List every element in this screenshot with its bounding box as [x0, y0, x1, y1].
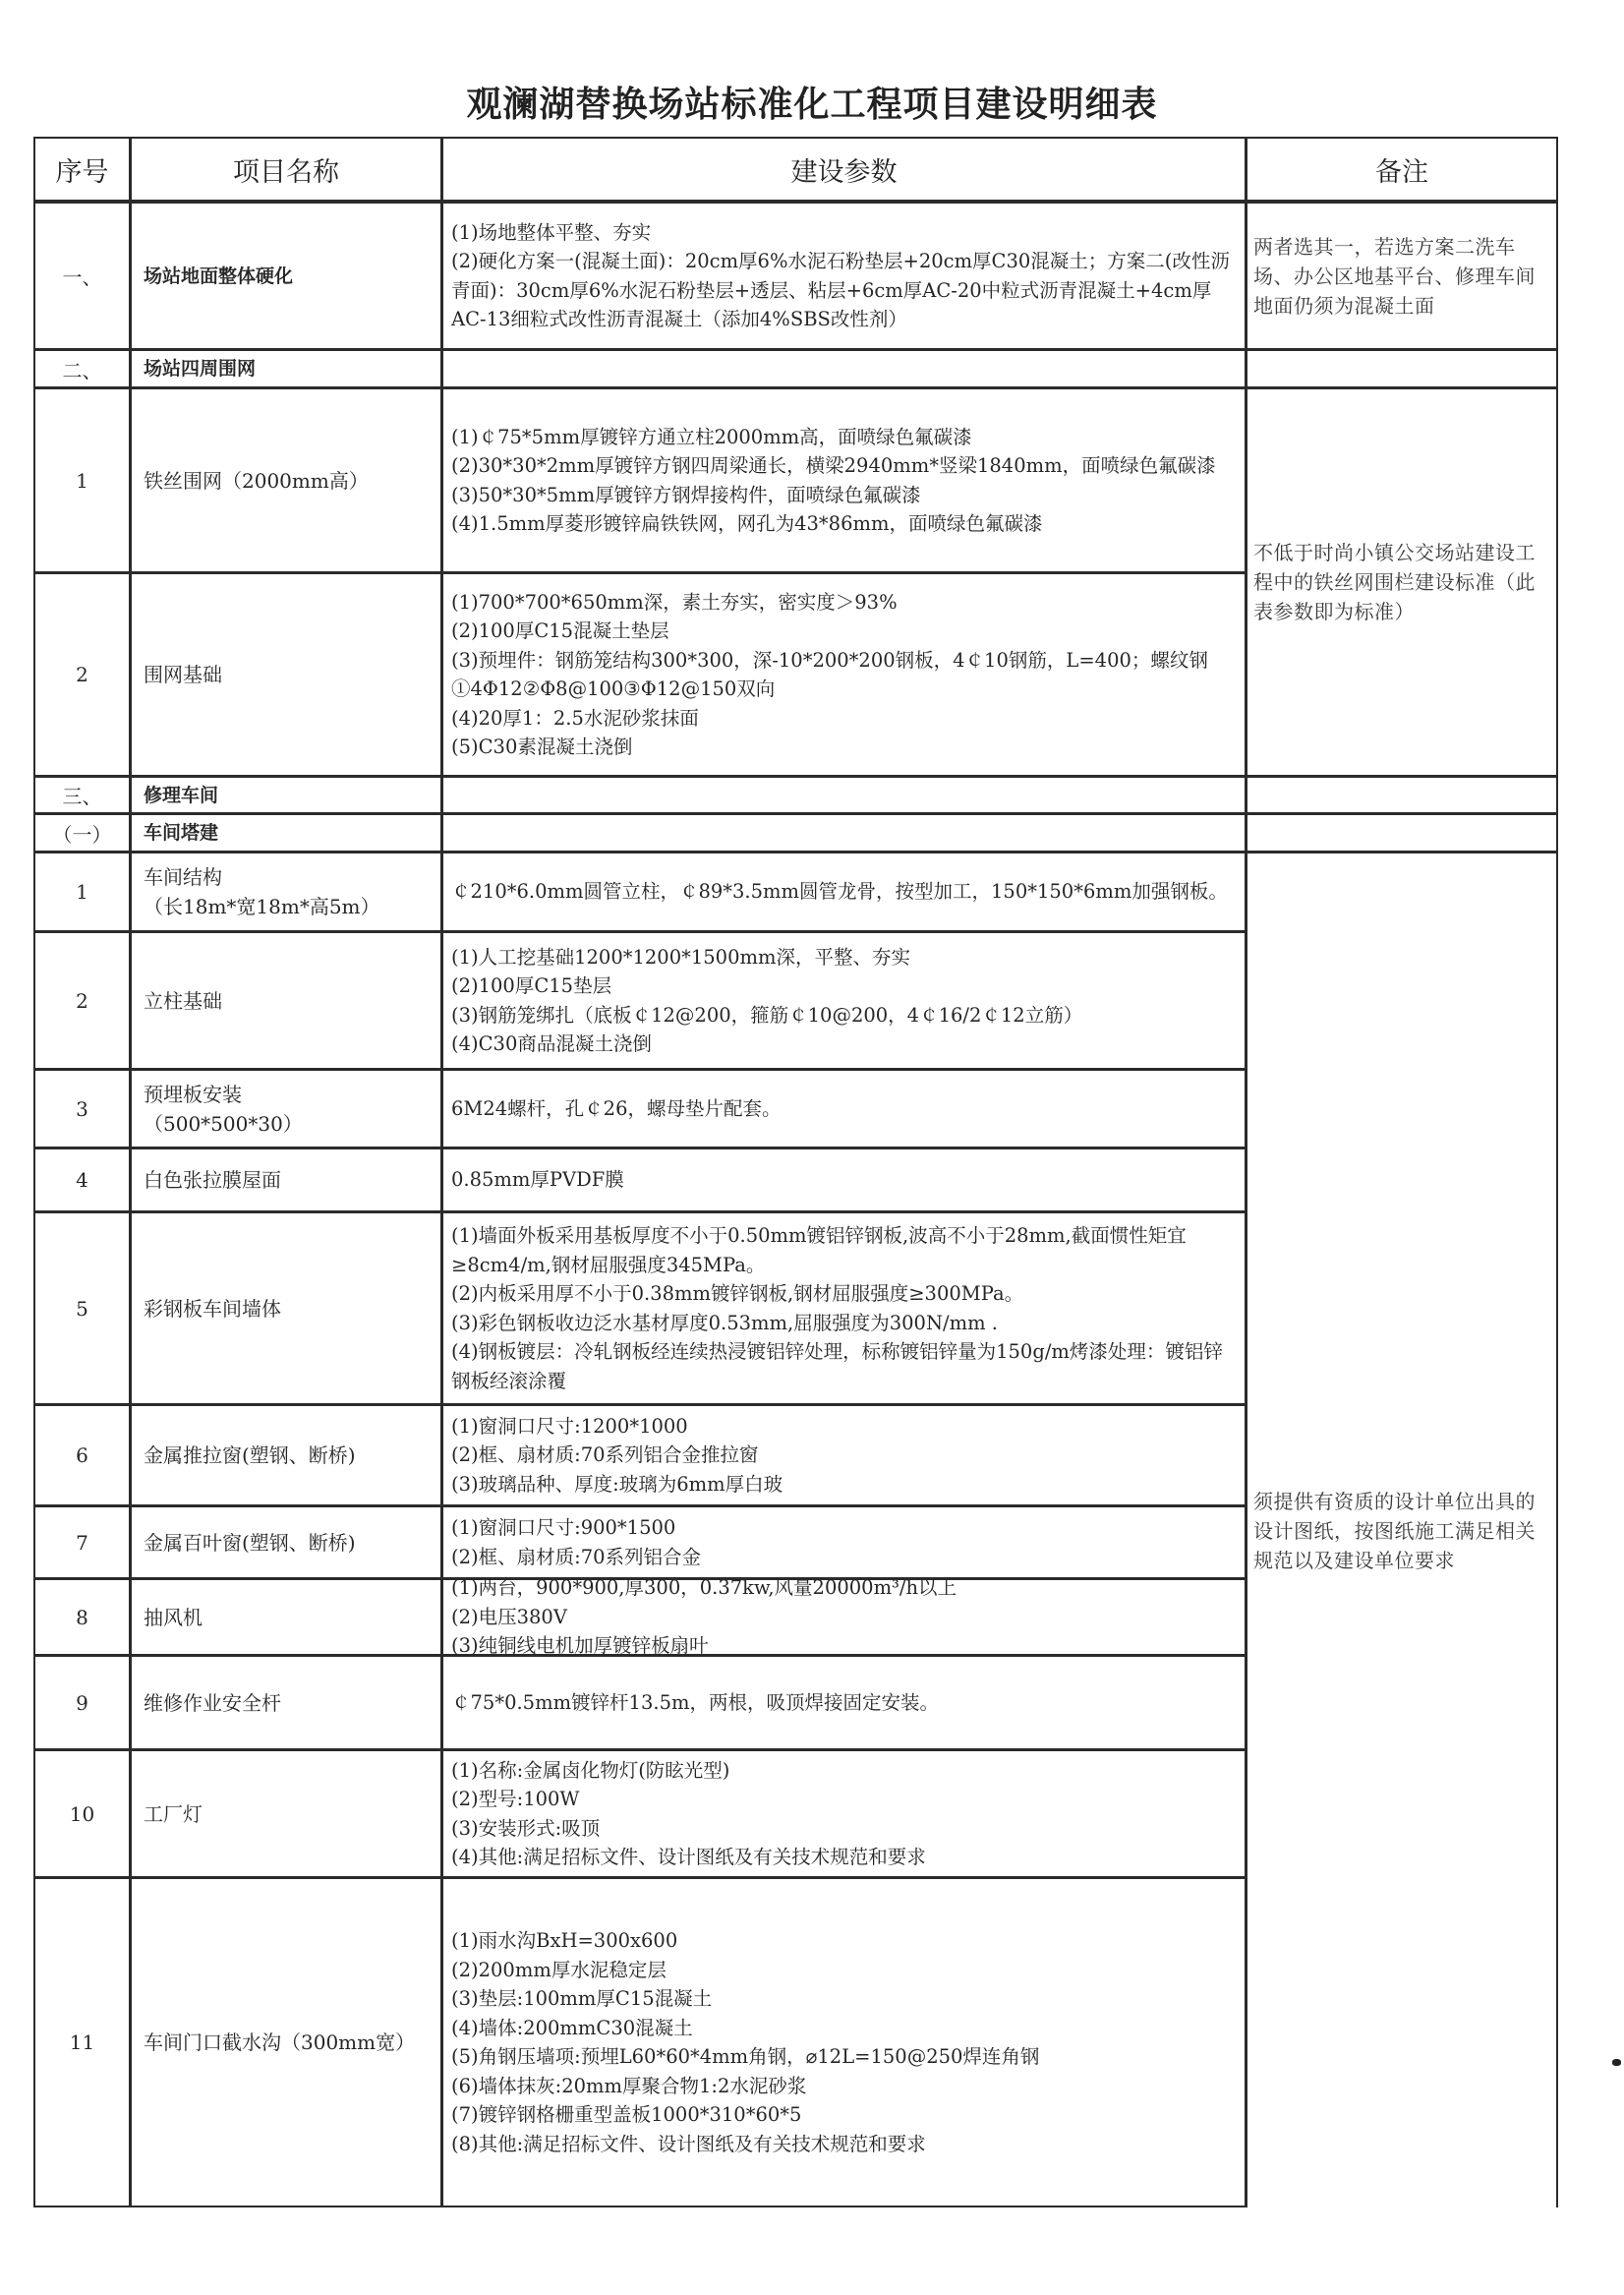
row-number: 1 — [33, 387, 131, 573]
row-item-name: 预埋板安装 （500*500*30） — [130, 1069, 442, 1148]
row-item-name: 修理车间 — [130, 776, 442, 814]
row-parameters-text: ￠210*6.0mm圆管立柱，￠89*3.5mm圆管龙骨，按型加工，150*15… — [451, 877, 1228, 907]
row-item-name-text: 车间结构 （长18m*宽18m*高5m） — [144, 862, 380, 921]
row-parameters: (1)两台，900*900,厚300，0.37kw,风量20000m³/h以上 … — [441, 1578, 1247, 1656]
scan-artifact-mark — [1612, 2059, 1621, 2066]
row-item-name-text: 车间门口截水沟（300mm宽） — [144, 2028, 415, 2057]
row-number: 8 — [33, 1578, 131, 1656]
row-item-name-text: 围网基础 — [144, 660, 222, 689]
row-parameters-text: (1)两台，900*900,厚300，0.37kw,风量20000m³/h以上 … — [451, 1573, 957, 1661]
row-item-name: 立柱基础 — [130, 931, 442, 1070]
note-empty — [1246, 813, 1558, 853]
row-parameters: (1)窗洞口尺寸:900*1500 (2)框、扇材质:70系列铝合金 — [441, 1505, 1247, 1579]
row-number-text: 1 — [76, 880, 88, 904]
row-number: 9 — [33, 1655, 131, 1750]
note-ground-hardening-text: 两者选其一，若选方案二洗车场、办公区地基平台、修理车间地面仍须为混凝土面 — [1253, 232, 1550, 321]
row-number-text: 三、 — [63, 781, 102, 809]
row-number: 6 — [33, 1404, 131, 1506]
row-number: 3 — [33, 1069, 131, 1148]
row-item-name: 围网基础 — [130, 572, 442, 777]
row-number: 10 — [33, 1749, 131, 1878]
row-parameters-text: (1)名称:金属卤化物灯(防眩光型) (2)型号:100W (3)安装形式:吸顶… — [451, 1756, 926, 1872]
row-parameters-text: (1)雨水沟BxH=300x600 (2)200mm厚水泥稳定层 (3)垫层:1… — [451, 1926, 1039, 2158]
header-name: 项目名称 — [130, 137, 442, 202]
row-item-name-text: 场站四周围网 — [144, 354, 256, 383]
row-item-name: 金属百叶窗(塑钢、断桥) — [130, 1505, 442, 1579]
row-parameters: (1)墙面外板采用基板厚度不小于0.50mm镀铝锌钢板,波高不小于28mm,截面… — [441, 1211, 1247, 1405]
row-number-text: 7 — [76, 1531, 88, 1555]
row-item-name: 车间结构 （长18m*宽18m*高5m） — [130, 852, 442, 932]
row-parameters-text: 6M24螺杆，孔￠26，螺母垫片配套。 — [451, 1094, 782, 1124]
row-number-text: 11 — [70, 2030, 94, 2054]
row-item-name: 抽风机 — [130, 1578, 442, 1656]
row-parameters-text: 0.85mm厚PVDF膜 — [451, 1165, 624, 1195]
row-parameters: (1)700*700*650mm深，素土夯实，密实度＞93% (2)100厚C1… — [441, 572, 1247, 777]
row-item-name-text: 预埋板安装 （500*500*30） — [144, 1080, 303, 1139]
row-item-name: 场站四周围网 — [130, 349, 442, 388]
header-notes: 备注 — [1246, 137, 1558, 202]
row-number-text: 6 — [76, 1443, 88, 1467]
row-parameters-text: (1)窗洞口尺寸:1200*1000 (2)框、扇材质:70系列铝合金推拉窗 (… — [451, 1412, 783, 1500]
row-number-text: 9 — [76, 1691, 88, 1715]
row-parameters — [441, 349, 1247, 388]
construction-detail-table: 序号 项目名称 建设参数 备注 一、场站地面整体硬化(1)场地整体平整、夯实 (… — [34, 138, 1558, 2207]
document-title: 观澜湖替换场站标准化工程项目建设明细表 — [0, 77, 1624, 127]
row-item-name-text: 场站地面整体硬化 — [144, 262, 293, 291]
row-parameters: ￠210*6.0mm圆管立柱，￠89*3.5mm圆管龙骨，按型加工，150*15… — [441, 852, 1247, 932]
row-number-text: （一） — [53, 819, 112, 848]
row-item-name-text: 铁丝围网（2000mm高） — [144, 466, 369, 496]
row-parameters: 0.85mm厚PVDF膜 — [441, 1147, 1247, 1212]
row-item-name-text: 维修作业安全杆 — [144, 1688, 281, 1718]
row-number: 2 — [33, 931, 131, 1070]
row-item-name-text: 白色张拉膜屋面 — [144, 1165, 281, 1195]
row-parameters: (1)人工挖基础1200*1200*1500mm深，平整、夯实 (2)100厚C… — [441, 931, 1247, 1070]
header-params: 建设参数 — [441, 137, 1247, 202]
row-parameters: ￠75*0.5mm镀锌杆13.5m，两根，吸顶焊接固定安装。 — [441, 1655, 1247, 1750]
row-parameters — [441, 813, 1247, 853]
row-parameters-text: (1)700*700*650mm深，素土夯实，密实度＞93% (2)100厚C1… — [451, 588, 1239, 762]
row-number-text: 5 — [76, 1297, 88, 1321]
row-number: 二、 — [33, 349, 131, 388]
row-parameters: (1)窗洞口尺寸:1200*1000 (2)框、扇材质:70系列铝合金推拉窗 (… — [441, 1404, 1247, 1506]
note-workshop-design: 须提供有资质的设计单位出具的设计图纸，按图纸施工满足相关规范以及建设单位要求 — [1246, 852, 1558, 2207]
row-number: 2 — [33, 572, 131, 777]
note-fence-standard-text: 不低于时尚小镇公交场站建设工程中的铁丝网围栏建设标准（此表参数即为标准） — [1253, 538, 1550, 626]
note-fence-standard: 不低于时尚小镇公交场站建设工程中的铁丝网围栏建设标准（此表参数即为标准） — [1246, 387, 1558, 777]
row-item-name: 场站地面整体硬化 — [130, 202, 442, 350]
row-parameters-text: (1)墙面外板采用基板厚度不小于0.50mm镀铝锌钢板,波高不小于28mm,截面… — [451, 1221, 1239, 1395]
row-item-name-text: 金属推拉窗(塑钢、断桥) — [144, 1441, 356, 1470]
row-number: 4 — [33, 1147, 131, 1212]
row-number-text: 二、 — [63, 355, 102, 383]
row-number-text: 3 — [76, 1097, 88, 1121]
note-ground-hardening: 两者选其一，若选方案二洗车场、办公区地基平台、修理车间地面仍须为混凝土面 — [1246, 202, 1558, 350]
row-parameters — [441, 776, 1247, 814]
row-number-text: 2 — [76, 663, 88, 686]
row-item-name: 彩钢板车间墙体 — [130, 1211, 442, 1405]
row-parameters-text: (1)窗洞口尺寸:900*1500 (2)框、扇材质:70系列铝合金 — [451, 1513, 701, 1571]
row-item-name: 车间门口截水沟（300mm宽） — [130, 1877, 442, 2207]
row-item-name-text: 金属百叶窗(塑钢、断桥) — [144, 1528, 356, 1558]
row-number-text: 4 — [76, 1168, 88, 1192]
row-item-name: 工厂灯 — [130, 1749, 442, 1878]
row-item-name-text: 立柱基础 — [144, 986, 222, 1016]
row-number: 1 — [33, 852, 131, 932]
row-parameters-text: (1)￠75*5mm厚镀锌方通立柱2000mm高，面喷绿色氟碳漆 (2)30*3… — [451, 423, 1216, 539]
row-number-text: 一、 — [63, 262, 102, 290]
row-item-name: 铁丝围网（2000mm高） — [130, 387, 442, 573]
row-item-name: 车间塔建 — [130, 813, 442, 853]
row-number: 三、 — [33, 776, 131, 814]
row-parameters-text: (1)人工挖基础1200*1200*1500mm深，平整、夯实 (2)100厚C… — [451, 943, 1082, 1059]
row-number: 一、 — [33, 202, 131, 350]
note-empty — [1246, 776, 1558, 814]
row-number: 7 — [33, 1505, 131, 1579]
row-parameters: (1)名称:金属卤化物灯(防眩光型) (2)型号:100W (3)安装形式:吸顶… — [441, 1749, 1247, 1878]
row-parameters: 6M24螺杆，孔￠26，螺母垫片配套。 — [441, 1069, 1247, 1148]
row-parameters: (1)雨水沟BxH=300x600 (2)200mm厚水泥稳定层 (3)垫层:1… — [441, 1877, 1247, 2207]
row-number-text: 2 — [76, 989, 88, 1013]
row-number: 5 — [33, 1211, 131, 1405]
row-number-text: 8 — [76, 1606, 88, 1629]
row-number-text: 10 — [70, 1802, 94, 1826]
row-item-name-text: 工厂灯 — [144, 1799, 203, 1829]
row-item-name-text: 车间塔建 — [144, 818, 218, 848]
row-item-name-text: 修理车间 — [144, 781, 218, 810]
row-number: （一） — [33, 813, 131, 853]
row-parameters-text: (1)场地整体平整、夯实 (2)硬化方案一(混凝土面)：20cm厚6%水泥石粉垫… — [451, 218, 1239, 334]
row-item-name-text: 彩钢板车间墙体 — [144, 1294, 281, 1324]
row-number-text: 1 — [76, 469, 88, 493]
row-item-name: 白色张拉膜屋面 — [130, 1147, 442, 1212]
row-parameters: (1)￠75*5mm厚镀锌方通立柱2000mm高，面喷绿色氟碳漆 (2)30*3… — [441, 387, 1247, 573]
row-item-name: 金属推拉窗(塑钢、断桥) — [130, 1404, 442, 1506]
row-number: 11 — [33, 1877, 131, 2207]
row-parameters-text: ￠75*0.5mm镀锌杆13.5m，两根，吸顶焊接固定安装。 — [451, 1688, 939, 1718]
row-parameters: (1)场地整体平整、夯实 (2)硬化方案一(混凝土面)：20cm厚6%水泥石粉垫… — [441, 202, 1247, 350]
note-workshop-design-text: 须提供有资质的设计单位出具的设计图纸，按图纸施工满足相关规范以及建设单位要求 — [1253, 1487, 1550, 1575]
row-item-name: 维修作业安全杆 — [130, 1655, 442, 1750]
note-empty — [1246, 349, 1558, 388]
row-item-name-text: 抽风机 — [144, 1603, 203, 1632]
header-no: 序号 — [33, 137, 131, 202]
